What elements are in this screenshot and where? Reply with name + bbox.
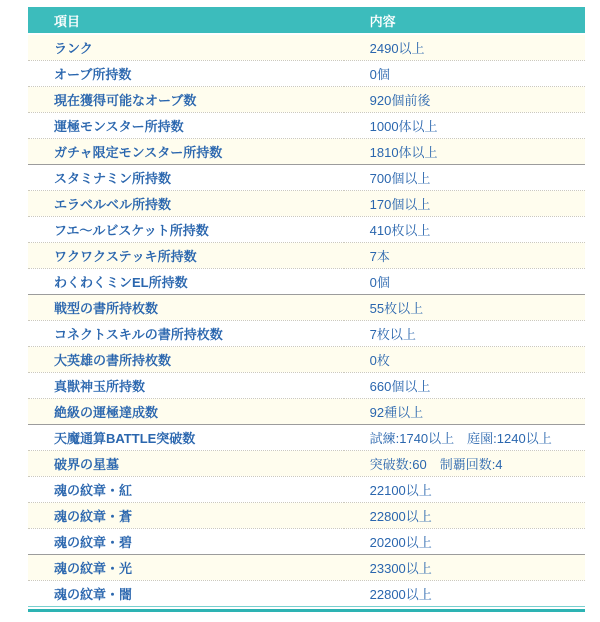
table-row: スタミナミン所持数 700個以上 — [28, 165, 585, 191]
value-cell: 2490以上 — [344, 34, 585, 61]
item-cell: 魂の紋章・闇 — [28, 581, 344, 607]
value-cell: 7枚以上 — [344, 321, 585, 347]
item-cell: ガチャ限定モンスター所持数 — [28, 139, 344, 165]
value-cell: 0個 — [344, 269, 585, 295]
item-cell: わくわくミンEL所持数 — [28, 269, 344, 295]
table-row: 魂の紋章・碧 20200以上 — [28, 529, 585, 555]
table-row: コネクトスキルの書所持枚数 7枚以上 — [28, 321, 585, 347]
item-cell: 魂の紋章・蒼 — [28, 503, 344, 529]
table-bottom-border — [28, 606, 585, 612]
value-cell: 170個以上 — [344, 191, 585, 217]
item-cell: 絶級の運極達成数 — [28, 399, 344, 425]
value-cell: 22800以上 — [344, 581, 585, 607]
table-row: 大英雄の書所持枚数 0枚 — [28, 347, 585, 373]
table-row: 現在獲得可能なオーブ数 920個前後 — [28, 87, 585, 113]
value-cell: 20200以上 — [344, 529, 585, 555]
item-cell: フエ〜ルビスケット所持数 — [28, 217, 344, 243]
table-row: 天魔通算BATTLE突破数 試練:1740以上 庭園:1240以上 — [28, 425, 585, 451]
value-cell: 0個 — [344, 61, 585, 87]
item-cell: 魂の紋章・紅 — [28, 477, 344, 503]
value-cell: 1000体以上 — [344, 113, 585, 139]
item-cell: スタミナミン所持数 — [28, 165, 344, 191]
value-cell: 55枚以上 — [344, 295, 585, 321]
item-cell: 現在獲得可能なオーブ数 — [28, 87, 344, 113]
item-cell: 魂の紋章・光 — [28, 555, 344, 581]
item-cell: オーブ所持数 — [28, 61, 344, 87]
item-cell: 戦型の書所持枚数 — [28, 295, 344, 321]
items-table: 項目 内容 ランク 2490以上 オーブ所持数 0個 現在獲得可能なオーブ数 9… — [28, 7, 585, 612]
header-cell-content: 内容 — [344, 7, 585, 34]
table-row: 破界の星墓 突破数:60 制覇回数:4 — [28, 451, 585, 477]
account-status-table: 項目 内容 ランク 2490以上 オーブ所持数 0個 現在獲得可能なオーブ数 9… — [28, 7, 585, 606]
table-row: 運極モンスター所持数 1000体以上 — [28, 113, 585, 139]
item-cell: 天魔通算BATTLE突破数 — [28, 425, 344, 451]
table-row: ガチャ限定モンスター所持数 1810体以上 — [28, 139, 585, 165]
value-cell: 92種以上 — [344, 399, 585, 425]
item-cell: ランク — [28, 34, 344, 61]
table-row: 魂の紋章・紅 22100以上 — [28, 477, 585, 503]
table-row: フエ〜ルビスケット所持数 410枚以上 — [28, 217, 585, 243]
value-cell: 22100以上 — [344, 477, 585, 503]
table-row: ランク 2490以上 — [28, 34, 585, 61]
table-row: 真獣神玉所持数 660個以上 — [28, 373, 585, 399]
item-cell: 大英雄の書所持枚数 — [28, 347, 344, 373]
table-row: 魂の紋章・光 23300以上 — [28, 555, 585, 581]
table-row: 魂の紋章・蒼 22800以上 — [28, 503, 585, 529]
value-cell: 突破数:60 制覇回数:4 — [344, 451, 585, 477]
value-cell: 23300以上 — [344, 555, 585, 581]
table-row: オーブ所持数 0個 — [28, 61, 585, 87]
item-cell: エラベルベル所持数 — [28, 191, 344, 217]
value-cell: 660個以上 — [344, 373, 585, 399]
table-header-row: 項目 内容 — [28, 7, 585, 34]
value-cell: 22800以上 — [344, 503, 585, 529]
item-cell: 破界の星墓 — [28, 451, 344, 477]
table-row: 魂の紋章・闇 22800以上 — [28, 581, 585, 607]
value-cell: 700個以上 — [344, 165, 585, 191]
item-cell: 真獣神玉所持数 — [28, 373, 344, 399]
table-row: 絶級の運極達成数 92種以上 — [28, 399, 585, 425]
table-row: エラベルベル所持数 170個以上 — [28, 191, 585, 217]
value-cell: 7本 — [344, 243, 585, 269]
item-cell: コネクトスキルの書所持枚数 — [28, 321, 344, 347]
value-cell: 1810体以上 — [344, 139, 585, 165]
table-row: 戦型の書所持枚数 55枚以上 — [28, 295, 585, 321]
value-cell: 920個前後 — [344, 87, 585, 113]
value-cell: 410枚以上 — [344, 217, 585, 243]
item-cell: 魂の紋章・碧 — [28, 529, 344, 555]
item-cell: 運極モンスター所持数 — [28, 113, 344, 139]
table-row: わくわくミンEL所持数 0個 — [28, 269, 585, 295]
header-cell-item: 項目 — [28, 7, 344, 34]
table-row: ワクワクステッキ所持数 7本 — [28, 243, 585, 269]
item-cell: ワクワクステッキ所持数 — [28, 243, 344, 269]
value-cell: 試練:1740以上 庭園:1240以上 — [344, 425, 585, 451]
value-cell: 0枚 — [344, 347, 585, 373]
